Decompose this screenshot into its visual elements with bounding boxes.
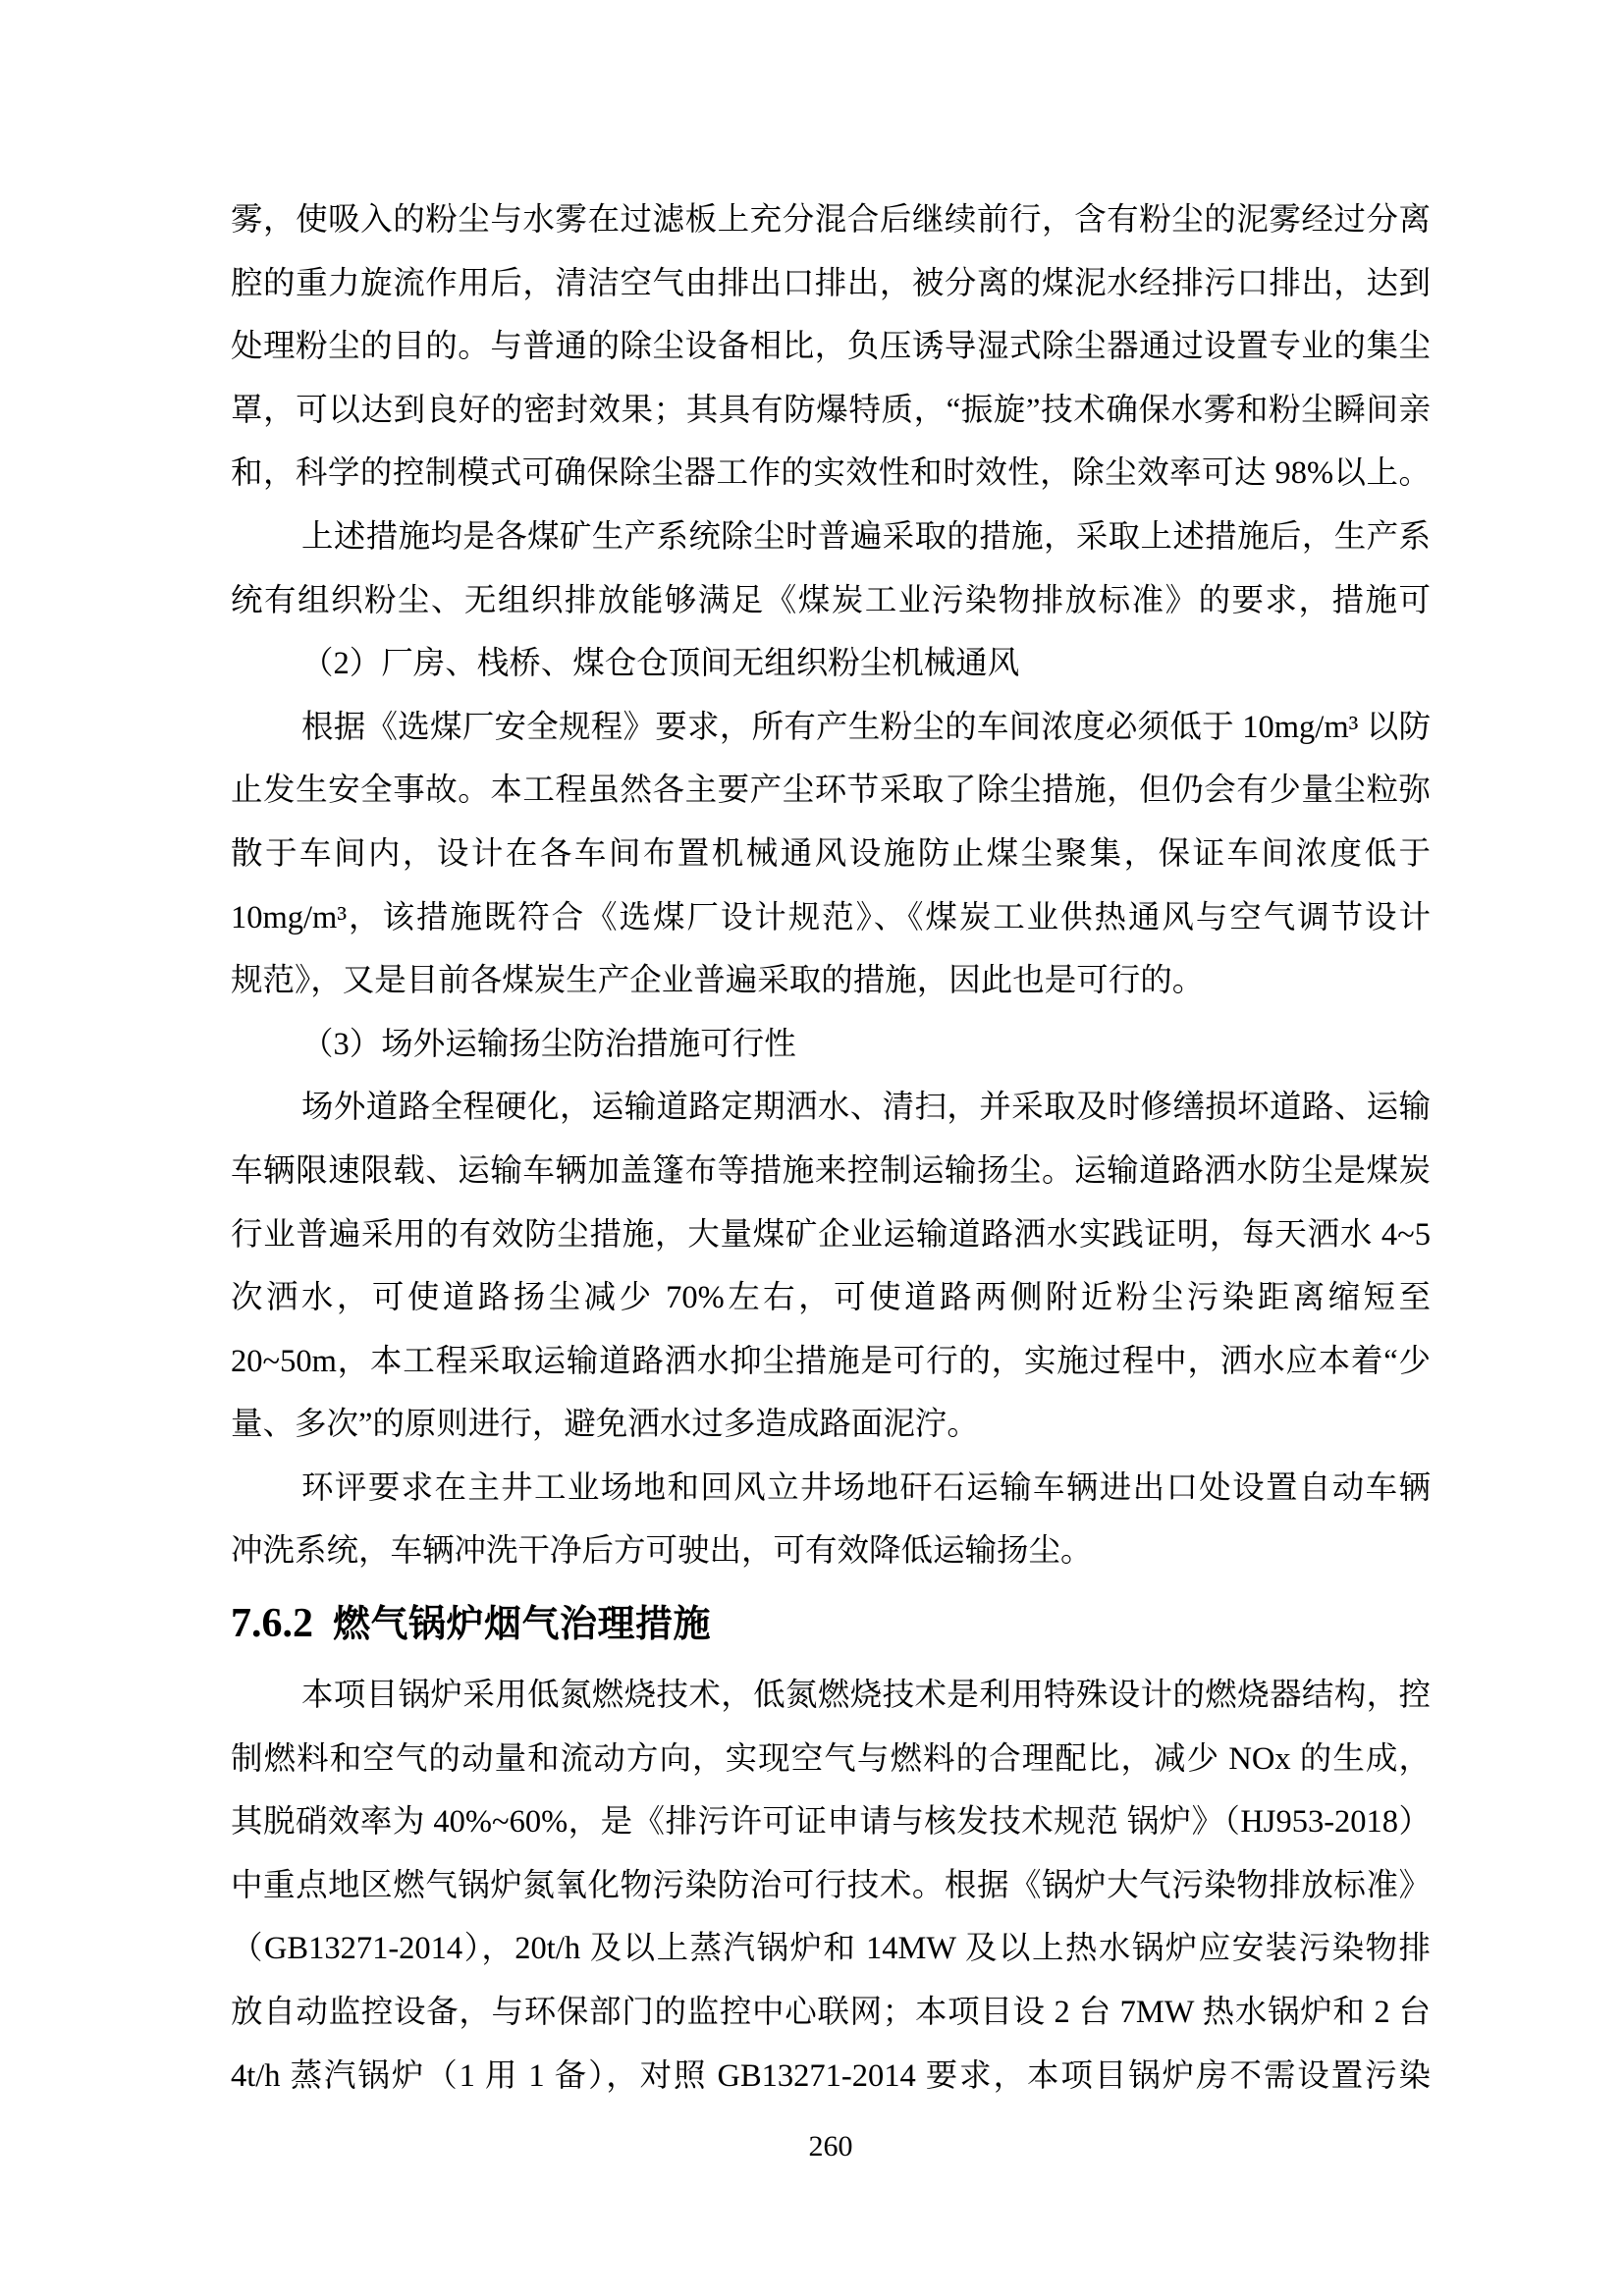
text-line: 10mg/m³，该措施既符合《选煤厂设计规范》、《煤炭工业供热通风与空气调节设计 — [231, 886, 1431, 950]
page-text-block: 雾，使吸入的粉尘与水雾在过滤板上充分混合后继续前行，含有粉尘的泥雾经过分离 腔的… — [231, 188, 1431, 2178]
text-line: 4t/h 蒸汽锅炉（1 用 1 备），对照 GB13271-2014 要求，本项… — [231, 2045, 1431, 2109]
text-line: 其脱硝效率为 40%~60%，是《排污许可证申请与核发技术规范 锅炉》（HJ95… — [231, 1790, 1431, 1854]
numbered-subitem-line: （3）场外运输扬尘防治措施可行性 — [231, 1013, 1431, 1077]
text-line: 场外道路全程硬化，运输道路定期洒水、清扫，并采取及时修缮损坏道路、运输 — [231, 1076, 1431, 1140]
document-page: { "document": { "text_color": "#000000",… — [0, 0, 1624, 2296]
text-line: 根据《选煤厂安全规程》要求，所有产生粉尘的车间浓度必须低于 10mg/m³ 以防 — [231, 696, 1431, 760]
text-line: 规范》，又是目前各煤炭生产企业普遍采取的措施，因此也是可行的。 — [231, 949, 1431, 1013]
text-line: 次洒水，可使道路扬尘减少 70%左右，可使道路两侧附近粉尘污染距离缩短至 — [231, 1266, 1431, 1330]
text-line: 和，科学的控制模式可确保除尘器工作的实效性和时效性，除尘效率可达 98%以上。 — [231, 442, 1431, 506]
text-line: 罩，可以达到良好的密封效果；其具有防爆特质，“振旋”技术确保水雾和粉尘瞬间亲 — [231, 379, 1431, 443]
text-line: 处理粉尘的目的。与普通的除尘设备相比，负压诱导湿式除尘器通过设置专业的集尘 — [231, 315, 1431, 379]
text-line: 上述措施均是各煤矿生产系统除尘时普遍采取的措施，采取上述措施后，生产系 — [231, 506, 1431, 569]
text-line: 量、多次”的原则进行，避免洒水过多造成路面泥泞。 — [231, 1393, 1431, 1457]
text-line: 20~50m，本工程采取运输道路洒水抑尘措施是可行的，实施过程中，洒水应本着“少 — [231, 1330, 1431, 1394]
numbered-subitem-line: （2）厂房、栈桥、煤仓仓顶间无组织粉尘机械通风 — [231, 632, 1431, 696]
text-line: 雾，使吸入的粉尘与水雾在过滤板上充分混合后继续前行，含有粉尘的泥雾经过分离 — [231, 188, 1431, 252]
text-line: 中重点地区燃气锅炉氮氧化物污染防治可行技术。根据《锅炉大气污染物排放标准》 — [231, 1854, 1431, 1918]
text-line: 车辆限速限载、运输车辆加盖篷布等措施来控制运输扬尘。运输道路洒水防尘是煤炭 — [231, 1140, 1431, 1203]
section-title: 燃气锅炉烟气治理措施 — [333, 1604, 711, 1645]
text-line: 腔的重力旋流作用后，清洁空气由排出口排出，被分离的煤泥水经排污口排出，达到 — [231, 252, 1431, 316]
text-line: 止发生安全事故。本工程虽然各主要产尘环节采取了除尘措施，但仍会有少量尘粒弥 — [231, 759, 1431, 823]
section-number: 7.6.2 — [231, 1601, 313, 1646]
text-line: 行业普遍采用的有效防尘措施，大量煤矿企业运输道路洒水实践证明，每天洒水 4~5 — [231, 1203, 1431, 1267]
page-number: 260 — [231, 2115, 1431, 2178]
text-line: 放自动监控设备，与环保部门的监控中心联网；本项目设 2 台 7MW 热水锅炉和 … — [231, 1981, 1431, 2045]
text-line: 统有组织粉尘、无组织排放能够满足《煤炭工业污染物排放标准》的要求，措施可行。 — [231, 569, 1431, 633]
section-heading: 7.6.2燃气锅炉烟气治理措施 — [231, 1583, 1431, 1664]
text-line: 环评要求在主井工业场地和回风立井场地矸石运输车辆进出口处设置自动车辆 — [231, 1457, 1431, 1521]
text-line: 本项目锅炉采用低氮燃烧技术，低氮燃烧技术是利用特殊设计的燃烧器结构，控 — [231, 1664, 1431, 1728]
text-line: 制燃料和空气的动量和流动方向，实现空气与燃料的合理配比，减少 NOx 的生成， — [231, 1728, 1431, 1791]
text-line: 冲洗系统，车辆冲洗干净后方可驶出，可有效降低运输扬尘。 — [231, 1520, 1431, 1583]
text-line: 散于车间内，设计在各车间布置机械通风设施防止煤尘聚集，保证车间浓度低于 — [231, 823, 1431, 886]
text-line: （GB13271-2014），20t/h 及以上蒸汽锅炉和 14MW 及以上热水… — [231, 1917, 1431, 1981]
